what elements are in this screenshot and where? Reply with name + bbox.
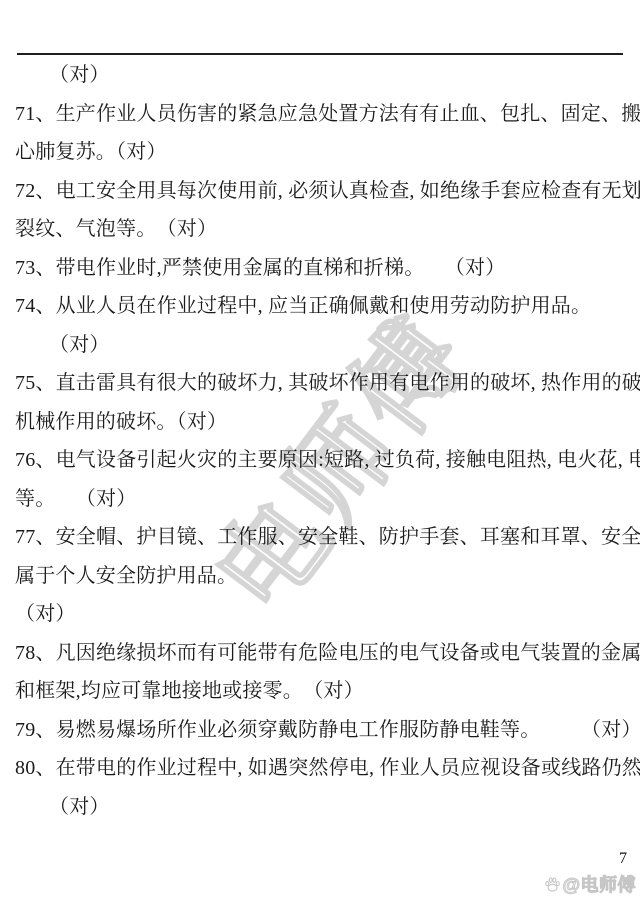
document-page: 电师傅 （对）71、生产作业人员伤害的紧急应急处置方法有有止血、包扎、固定、搬运…	[0, 0, 640, 909]
text-line: 72、电工安全用具每次使用前, 必须认真检查, 如绝缘手套应检查有无划痕、	[15, 172, 632, 211]
text-line: 77、安全帽、护目镜、工作服、安全鞋、防护手套、耳塞和耳罩、安全带等	[15, 518, 632, 557]
text-line: （对）	[15, 595, 632, 634]
text-line: 79、易燃易爆场所作业必须穿戴防静电工作服防静电鞋等。 （对）	[15, 711, 632, 750]
header-rule	[17, 53, 623, 55]
text-line: 73、带电作业时,严禁使用金属的直梯和折梯。 （对）	[15, 249, 632, 288]
corner-watermark: @电师傅	[544, 871, 636, 897]
text-line: （对）	[15, 326, 632, 365]
text-line: 心肺复苏。（对）	[15, 133, 632, 172]
text-line: 71、生产作业人员伤害的紧急应急处置方法有有止血、包扎、固定、搬运、	[15, 95, 632, 134]
text-line: 74、从业人员在作业过程中, 应当正确佩戴和使用劳动防护用品。	[15, 287, 632, 326]
page-number: 7	[619, 850, 627, 868]
text-line: 和框架,均应可靠地接地或接零。 （对）	[15, 672, 632, 711]
text-line: 80、在带电的作业过程中, 如遇突然停电, 作业人员应视设备或线路仍然有电。	[15, 749, 632, 788]
document-lines: （对）71、生产作业人员伤害的紧急应急处置方法有有止血、包扎、固定、搬运、心肺复…	[15, 56, 632, 826]
text-line: 属于个人安全防护用品。	[15, 557, 632, 596]
paw-icon	[544, 876, 561, 893]
text-line: 等。 （对）	[15, 480, 632, 519]
text-line: （对）	[15, 56, 632, 95]
text-line: 76、电气设备引起火灾的主要原因:短路, 过负荷, 接触电阻热, 电火花, 电弧	[15, 441, 632, 480]
corner-watermark-text: @电师傅	[562, 871, 636, 897]
text-line: 裂纹、气泡等。 （对）	[15, 210, 632, 249]
text-line: 78、凡因绝缘损坏而有可能带有危险电压的电气设备或电气装置的金属外壳	[15, 634, 632, 673]
text-line: 机械作用的破坏。（对）	[15, 403, 632, 442]
text-line: （对）	[15, 788, 632, 827]
text-line: 75、直击雷具有很大的破坏力, 其破坏作用有电作用的破坏, 热作用的破坏及	[15, 364, 632, 403]
